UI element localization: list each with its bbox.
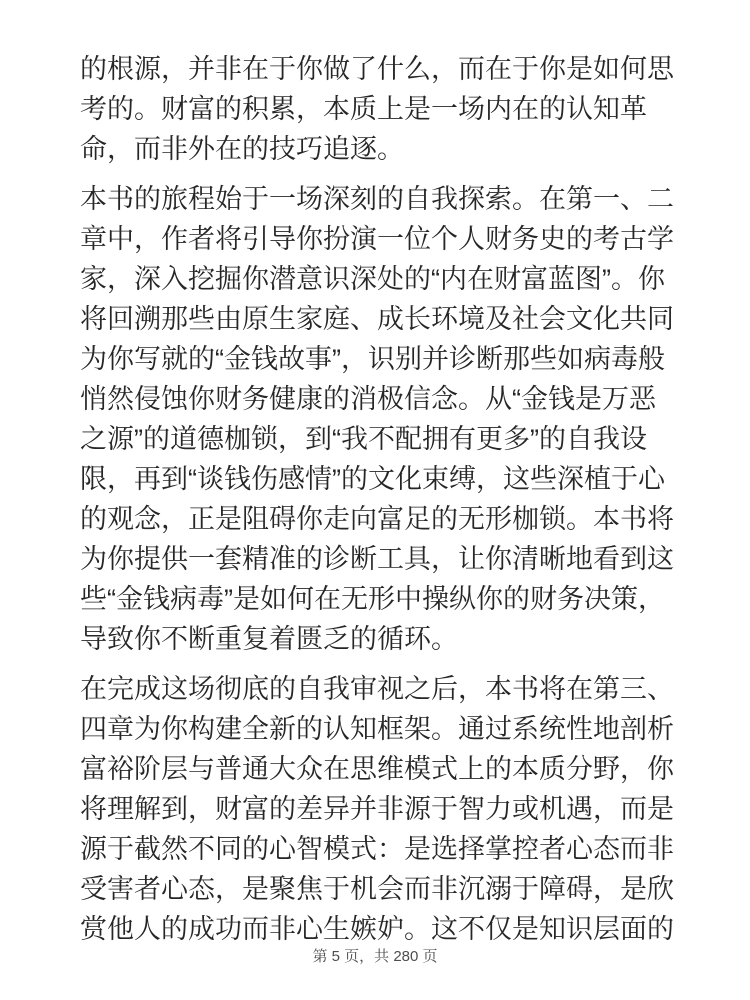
page-footer: 第 5 页，共 280 页 xyxy=(0,946,750,968)
page-number-indicator: 第 5 页，共 280 页 xyxy=(312,948,437,965)
document-page: 的根源，并非在于你做了什么，而在于你是如何思考的。财富的积累，本质上是一场内在的… xyxy=(0,0,750,1000)
text-paragraph: 在完成这场彻底的自我审视之后，本书将在第三、四章为你构建全新的认知框架。通过系统… xyxy=(80,669,674,949)
text-paragraph: 的根源，并非在于你做了什么，而在于你是如何思考的。财富的积累，本质上是一场内在的… xyxy=(80,49,674,169)
document-text-block: 的根源，并非在于你做了什么，而在于你是如何思考的。财富的积累，本质上是一场内在的… xyxy=(80,49,674,959)
text-paragraph: 本书的旅程始于一场深刻的自我探索。在第一、二章中，作者将引导你扮演一位个人财务史… xyxy=(80,179,674,659)
